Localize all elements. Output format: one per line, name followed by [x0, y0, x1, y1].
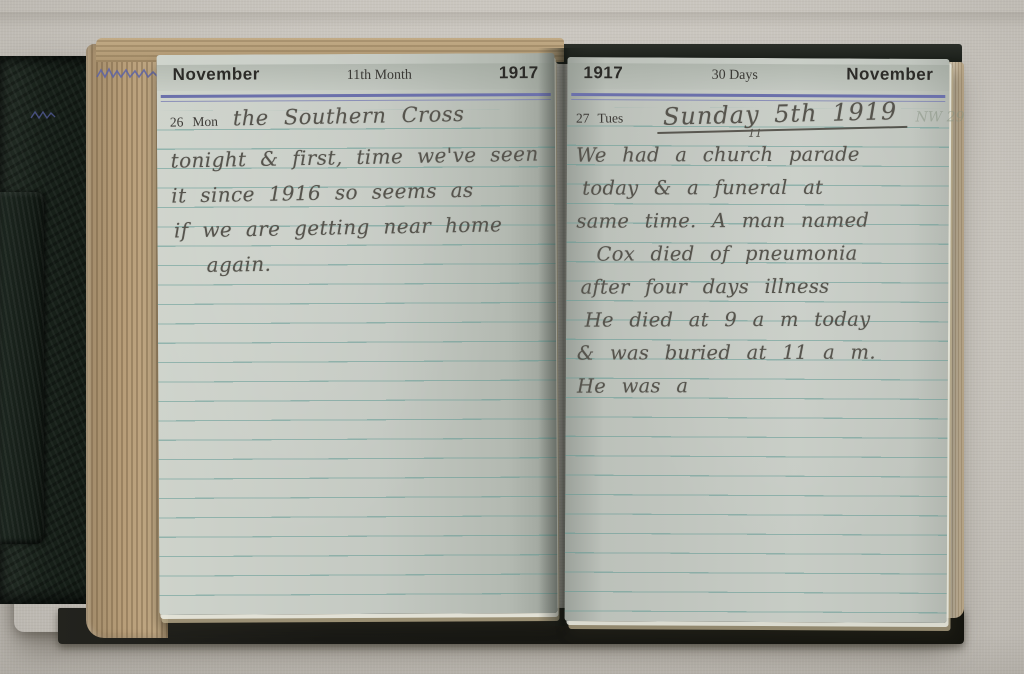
- right-header-year: 1917: [583, 63, 623, 83]
- left-header-year: 1917: [499, 63, 539, 83]
- right-entry-date: 27: [576, 111, 590, 127]
- right-entry-day: Tues: [597, 110, 623, 126]
- left-entry: 26 Mon the Southern Cross tonight & firs…: [170, 100, 549, 283]
- handwriting-line: We had a church parade: [576, 137, 942, 171]
- ink-squiggle-icon: [96, 64, 158, 84]
- handwriting-line: today & a funeral at: [576, 170, 942, 204]
- right-page: 1917 30 Days November 27 Tues Sunday 5th…: [565, 57, 950, 623]
- left-entry-date: 26: [170, 114, 184, 130]
- handwriting-line: He was a: [577, 368, 943, 402]
- handwriting-line: after four days illness: [577, 269, 943, 303]
- handwriting-line: tonight & first, time we've seen: [170, 136, 547, 178]
- handwriting-line: & was buried at 11 a m.: [577, 335, 943, 369]
- handwriting-line: He died at 9 a m today: [577, 302, 943, 336]
- left-header-month: November: [173, 65, 260, 85]
- handwriting-line: if we are getting near home: [172, 206, 549, 248]
- page-edges-left: [86, 44, 168, 638]
- right-entry: 27 Tues Sunday 5th 1919 NW 29 11 We had …: [576, 99, 943, 402]
- faint-pencil-note: NW 29: [916, 109, 965, 125]
- handwriting-line: Cox died of pneumonia: [576, 236, 942, 270]
- pen-loop-strap: [0, 192, 44, 544]
- handwriting-heading: Sunday 5th 1919: [657, 97, 908, 134]
- handwriting-line: the Southern Cross: [233, 102, 465, 130]
- right-header-mid: 30 Days: [712, 68, 758, 84]
- handwriting-line: again.: [172, 241, 549, 283]
- ink-mark-icon: [30, 108, 56, 122]
- photo-scene: November 11th Month 1917 26 Mon the Sout…: [0, 0, 1024, 674]
- left-page: November 11th Month 1917 26 Mon the Sout…: [157, 53, 558, 615]
- left-entry-day: Mon: [192, 114, 218, 130]
- fabric-crease: [0, 12, 1024, 28]
- right-entry-heading-row: 27 Tues Sunday 5th 1919 NW 29 11: [576, 99, 942, 138]
- right-page-header: 1917 30 Days November: [567, 63, 949, 91]
- handwriting-line: same time. A man named: [576, 203, 942, 237]
- right-header-month: November: [846, 64, 933, 84]
- left-header-mid: 11th Month: [347, 68, 412, 84]
- correction-mark: 11: [748, 127, 762, 140]
- left-page-header: November 11th Month 1917: [157, 63, 555, 91]
